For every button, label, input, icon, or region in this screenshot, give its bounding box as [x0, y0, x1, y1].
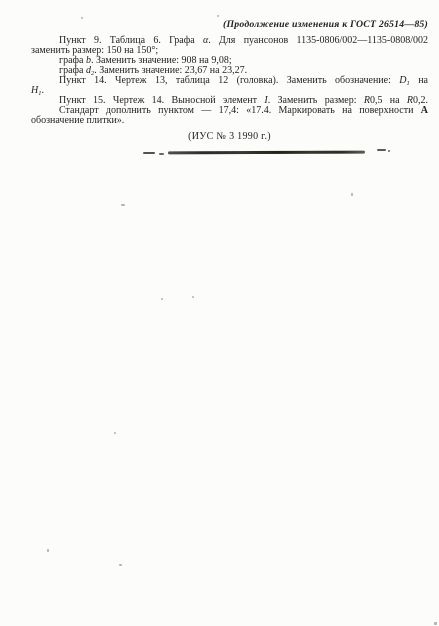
scan-speck	[81, 17, 83, 19]
text-run: на	[410, 75, 428, 86]
scan-speck	[119, 564, 122, 566]
scan-speck	[47, 549, 49, 552]
text-run: .	[41, 85, 44, 96]
ius-reference: (ИУС № 3 1990 г.)	[31, 131, 428, 142]
scan-speck	[434, 622, 437, 625]
scan-speck	[192, 296, 194, 298]
text-run: . Для пуансонов 1135-0806/002—1135-0808/…	[208, 35, 428, 46]
document-body: Пункт 9. Таблица 6. Графа α. Для пуансон…	[31, 36, 428, 126]
divider-line	[168, 151, 365, 155]
scan-speck	[161, 298, 163, 300]
document-page: (Продолжение изменения к ГОСТ 26514—85) …	[0, 0, 439, 626]
divider-dash-right	[377, 149, 386, 151]
variable-d1: D	[399, 75, 406, 86]
point14-line1: Пункт 14. Чертеж 13, таблица 12 (головка…	[31, 76, 428, 86]
scan-speck	[121, 204, 125, 206]
divider-dash-left	[143, 152, 155, 154]
scan-speck	[217, 15, 219, 17]
divider-dash-left-small	[159, 153, 164, 155]
surface-letter-a: А	[421, 105, 428, 116]
divider-dot-right	[388, 150, 390, 152]
continuation-header: (Продолжение изменения к ГОСТ 26514—85)	[40, 19, 428, 30]
scan-speck	[114, 432, 116, 434]
standard-line2: обозначение плитки».	[31, 116, 428, 126]
text-run: Пункт 14. Чертеж 13, таблица 12 (головка…	[59, 75, 399, 86]
scan-speck	[351, 193, 353, 196]
